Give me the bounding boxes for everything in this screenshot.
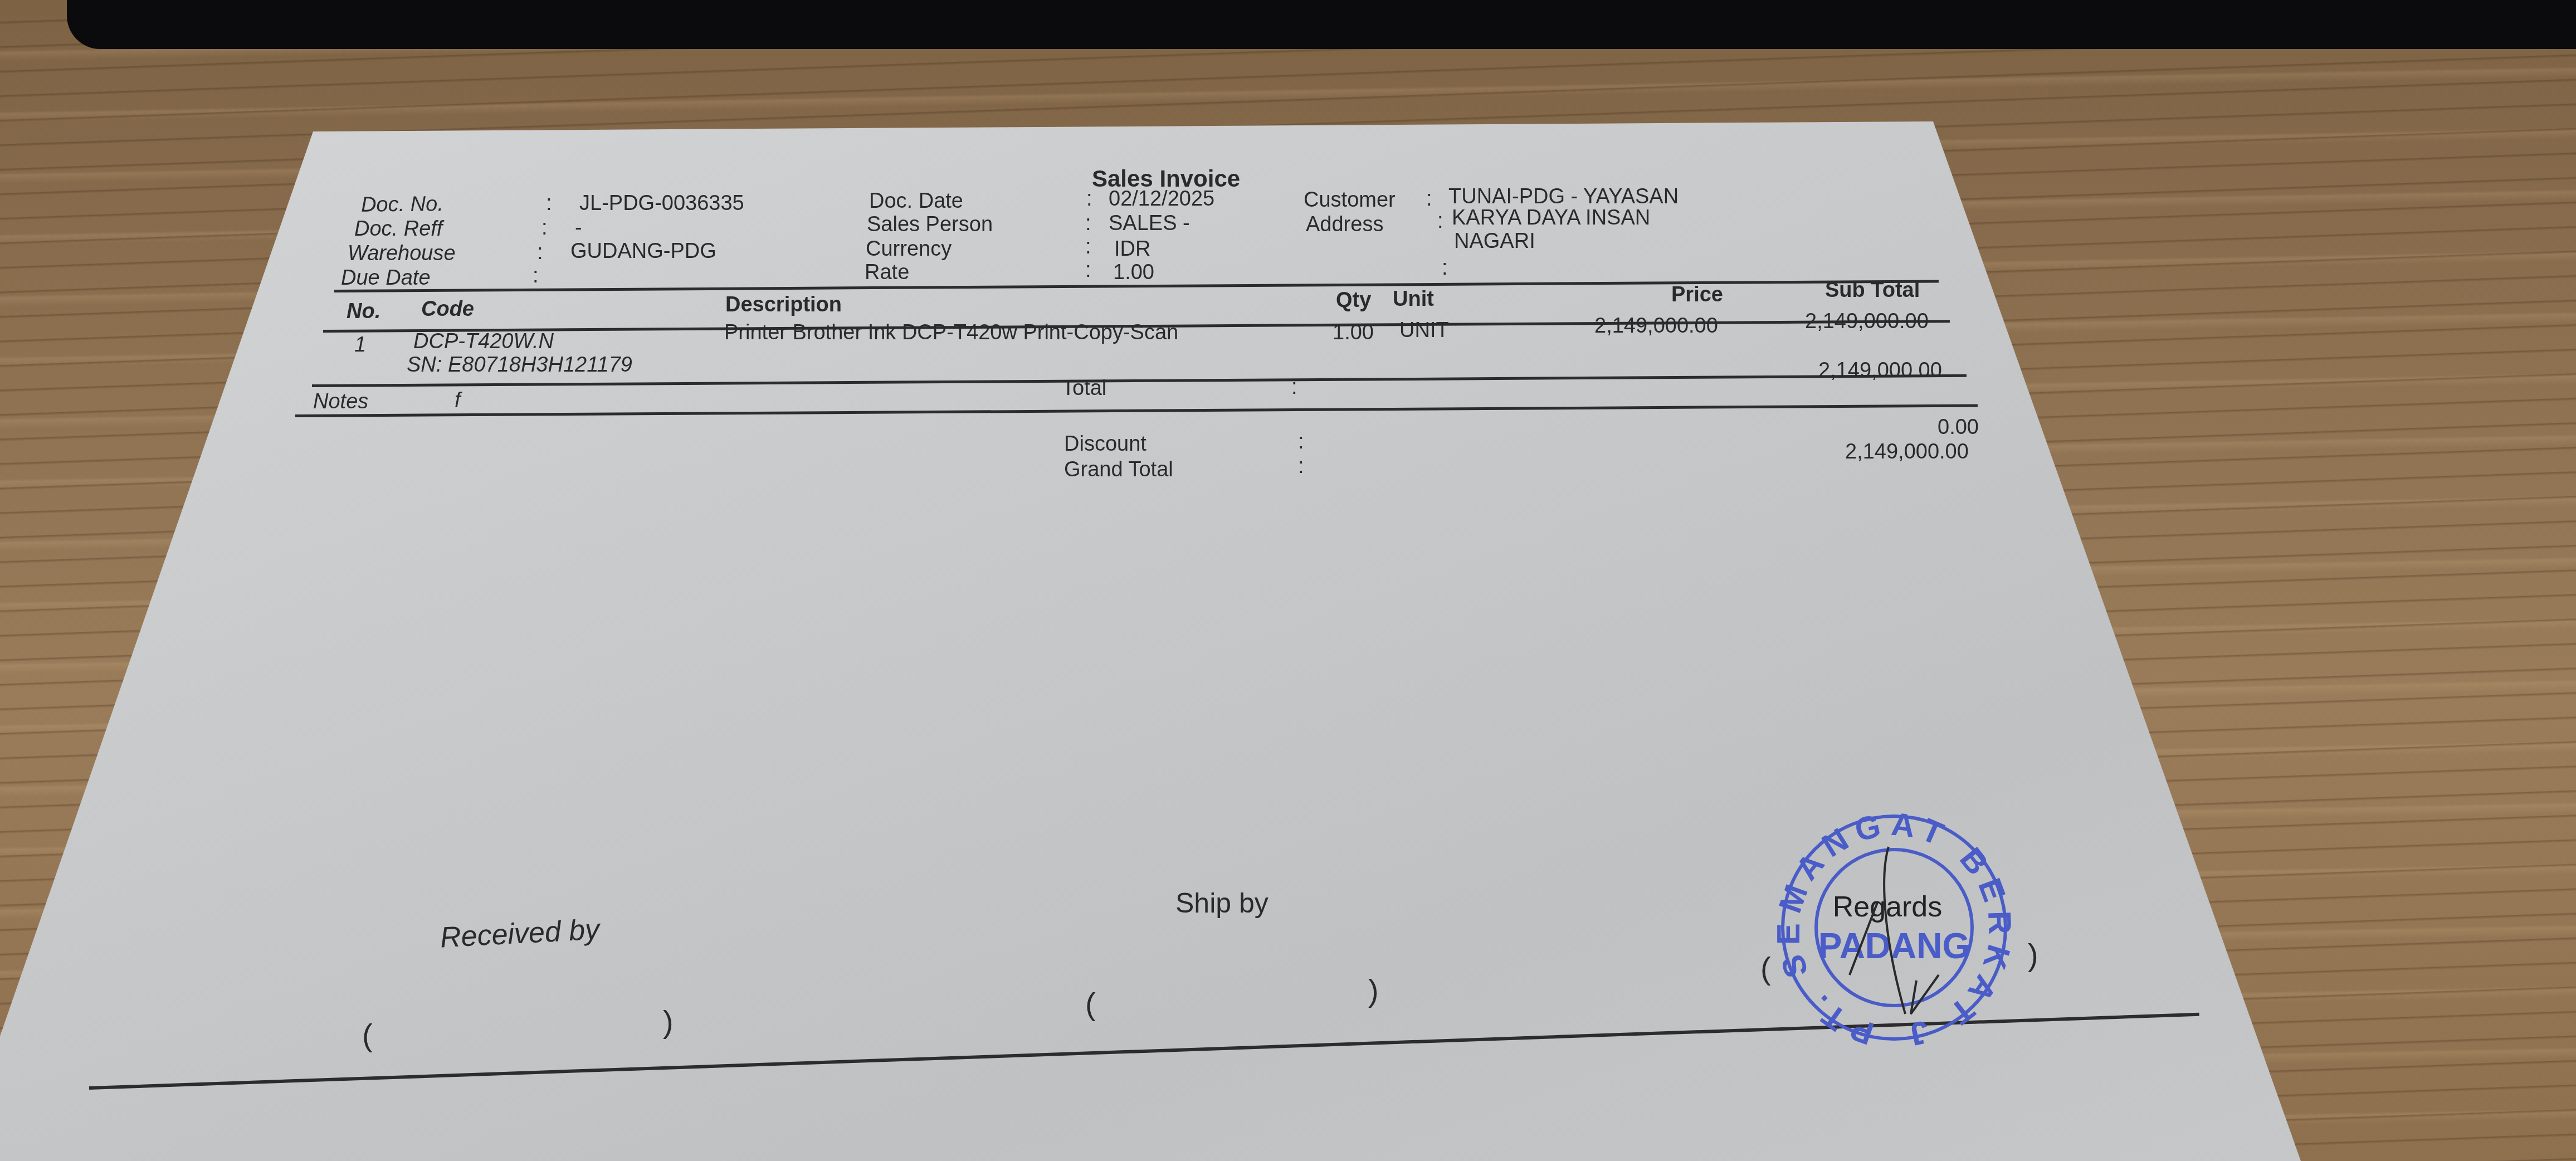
currency-sep: : <box>1085 236 1091 257</box>
discount-value: 0.00 <box>1938 417 1979 438</box>
warehouse-sep: : <box>537 242 543 263</box>
doc-date-label: Doc. Date <box>869 191 963 212</box>
col-price: Price <box>1671 284 1723 305</box>
doc-no-label: Doc. No. <box>361 193 443 216</box>
address-line-1: KARYA DAYA INSAN <box>1452 207 1650 228</box>
company-stamp: PT. SEMANGAT BERKAT JAYA ★ PADANG Regard… <box>1749 791 2039 1058</box>
discount-label: Discount <box>1064 433 1146 455</box>
received-by-label: Received by <box>440 915 600 953</box>
doc-no-sep: : <box>546 193 552 214</box>
rate-label: Rate <box>865 262 909 283</box>
ship-by-label: Ship by <box>1175 889 1269 917</box>
total-sep: : <box>1291 377 1297 398</box>
currency-label: Currency <box>866 238 952 260</box>
row-serial: SN: E80718H3H121179 <box>407 354 632 375</box>
row-description: Printer Brother Ink DCP-T420w Print-Copy… <box>724 322 1178 343</box>
total-divider <box>295 404 1978 417</box>
doc-reff-sep: : <box>541 217 548 238</box>
rate-sep: : <box>1085 260 1091 281</box>
currency-value: IDR <box>1114 238 1150 260</box>
col-description: Description <box>725 294 842 315</box>
address-label: Address <box>1306 214 1383 235</box>
warehouse-value: GUDANG-PDG <box>570 241 716 262</box>
sales-person-label: Sales Person <box>867 214 993 235</box>
address-sep: : <box>1437 211 1443 232</box>
doc-reff-label: Doc. Reff <box>354 218 442 240</box>
due-date-label: Due Date <box>341 267 431 289</box>
warehouse-label: Warehouse <box>348 243 456 264</box>
regards-label: Regards <box>1833 891 1943 923</box>
doc-date-sep: : <box>1086 188 1092 209</box>
col-unit: Unit <box>1393 289 1434 310</box>
customer-label: Customer <box>1304 189 1396 211</box>
col-sub-total: Sub Total <box>1825 280 1920 301</box>
ship-by-close-paren: ) <box>1368 975 1379 1006</box>
received-by-open-paren: ( <box>362 1019 373 1051</box>
col-no: No. <box>347 301 380 322</box>
row-sub-total: 2,149,000.00 <box>1805 311 1929 332</box>
stamp-center-text: PADANG <box>1818 926 1970 966</box>
col-qty: Qty <box>1336 290 1371 311</box>
row-code: DCP-T420W.N <box>413 331 554 352</box>
due-date-sep: : <box>533 265 539 286</box>
grand-total-value: 2,149,000.00 <box>1845 441 1969 462</box>
rate-value: 1.00 <box>1113 262 1154 283</box>
row-unit: UNIT <box>1399 320 1449 341</box>
total-value: 2,149,000.00 <box>1818 360 1942 381</box>
sales-invoice-document: Sales Invoice Doc. No. : JL-PDG-0036335 … <box>0 0 2576 1161</box>
sales-person-sep: : <box>1085 213 1091 234</box>
row-price: 2,149,000.00 <box>1594 315 1718 336</box>
discount-sep: : <box>1298 431 1304 452</box>
row-qty: 1.00 <box>1333 322 1374 343</box>
customer-value: TUNAI-PDG - YAYASAN <box>1448 186 1679 207</box>
customer-sep: : <box>1426 188 1432 209</box>
notes-value: f <box>455 390 461 411</box>
received-by-close-paren: ) <box>663 1006 674 1037</box>
grand-total-sep: : <box>1298 456 1304 477</box>
address-line-2: NAGARI <box>1454 231 1535 252</box>
col-code: Code <box>421 299 474 320</box>
total-label: Total <box>1062 378 1106 399</box>
doc-no-value: JL-PDG-0036335 <box>579 193 744 214</box>
extra-sep: : <box>1442 257 1448 279</box>
notes-label: Notes <box>313 391 368 412</box>
ship-by-open-paren: ( <box>1085 988 1096 1019</box>
row-no: 1 <box>354 334 366 355</box>
grand-total-label: Grand Total <box>1064 459 1173 480</box>
doc-date-value: 02/12/2025 <box>1109 188 1214 209</box>
sales-person-value: SALES - <box>1109 213 1190 234</box>
doc-reff-value: - <box>575 217 582 238</box>
